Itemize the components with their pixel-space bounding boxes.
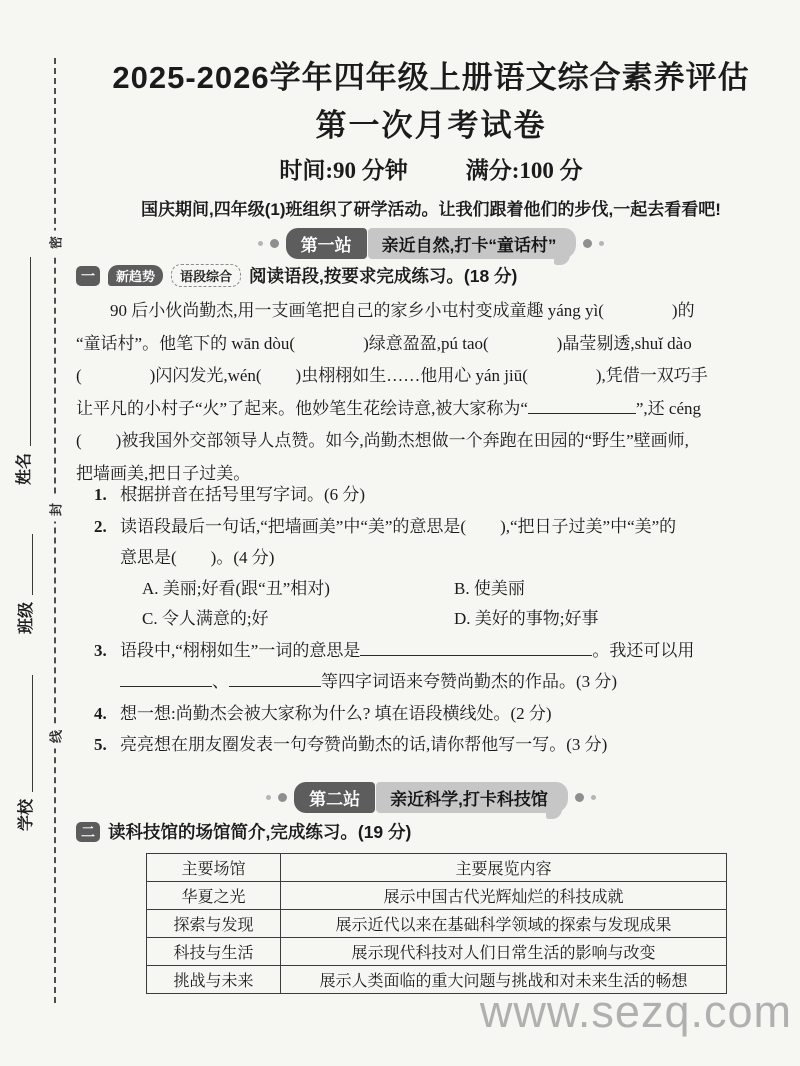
exam-subtitle: 第一次月考试卷: [70, 100, 792, 145]
question-number: 1.: [94, 479, 120, 511]
table-cell: 科技与生活: [147, 938, 281, 966]
question-4: 4. 想一想:尚勤杰会被大家称为什么? 填在语段横线处。(2 分): [94, 698, 789, 730]
table-cell: 华夏之光: [147, 882, 281, 910]
question-text: 语段中,“栩栩如生”一词的意思是: [120, 641, 360, 660]
question-text: 亮亮想在朋友圈发表一句夸赞尚勤杰的话,请你帮他写一写。(3 分): [120, 729, 607, 761]
section-1-instruction: 阅读语段,按要求完成练习。(18 分): [249, 263, 517, 288]
question-2: 2. 读语段最后一句话,“把墙画美”中“美”的意思是( ),“把日子过美”中“美…: [94, 511, 789, 543]
question-2-options: A. 美丽;好看(跟“丑”相对) B. 使美丽 C. 令人满意的;好 D. 美好…: [94, 574, 789, 635]
question-text: 根据拼音在括号里写字词。(6 分): [120, 479, 365, 511]
class-field-label: 班级: [13, 602, 36, 634]
station-2-title: 亲近科学,打卡科技馆: [376, 782, 568, 813]
decor-dot-icon: [583, 239, 592, 248]
seal-char-mi: 密: [41, 231, 70, 255]
option-a: A. 美丽;好看(跟“丑”相对): [142, 574, 454, 605]
passage-text: ”,还 céng: [636, 399, 701, 418]
school-field: 学校: [14, 675, 36, 831]
watermark-text: www.sezq.com: [396, 986, 792, 1038]
fill-in-blank: [528, 399, 636, 414]
question-text: 想一想:尚勤杰会被大家称为什么? 填在语段横线处。(2 分): [120, 698, 552, 730]
question-number: 4.: [94, 698, 120, 730]
decor-dot-icon: [591, 795, 596, 800]
passage-line: 让平凡的小村子“火”了起来。他妙笔生花绘诗意,被大家称为“”,还 céng: [76, 393, 782, 426]
class-blank-line: [32, 534, 33, 595]
exam-title: 2025-2026学年四年级上册语文综合素养评估: [70, 52, 792, 97]
question-text: 读语段最后一句话,“把墙画美”中“美”的意思是( ),“把日子过美”中“美”的: [120, 511, 676, 543]
decor-dot-icon: [599, 241, 604, 246]
name-blank-line: [30, 257, 31, 446]
decor-dot-icon: [258, 241, 263, 246]
table-header-row: 主要场馆 主要展览内容: [147, 854, 727, 882]
passage-line: 90 后小伙尚勤杰,用一支画笔把自己的家乡小屯村变成童趣 yáng yì( )的: [76, 295, 782, 328]
question-number: 3.: [94, 635, 120, 667]
fill-in-blank: [229, 672, 321, 687]
new-trend-tag: 新趋势: [108, 265, 163, 286]
fill-in-blank: [360, 641, 592, 656]
station-2-banner: 第二站 亲近科学,打卡科技馆: [70, 782, 792, 813]
table-row: 科技与生活 展示现代科技对人们日常生活的影响与改变: [147, 938, 727, 966]
section-2-number-badge: 二: [76, 822, 100, 842]
decor-dot-icon: [266, 795, 271, 800]
seal-char-feng: 封: [41, 498, 70, 522]
fill-in-blank: [120, 672, 212, 687]
class-field: 班级: [14, 534, 36, 634]
passage-line: “童话村”。他笔下的 wān dòu( )绿意盈盈,pú tao( )晶莹剔透,…: [76, 328, 782, 361]
question-list: 1. 根据拼音在括号里写字词。(6 分) 2. 读语段最后一句话,“把墙画美”中…: [94, 479, 789, 761]
question-text: 、: [212, 672, 229, 691]
decor-dot-icon: [575, 793, 584, 802]
section-1-heading: 一 新趋势 语段综合 阅读语段,按要求完成练习。(18 分): [76, 263, 517, 288]
question-2-continued: 意思是( )。(4 分): [94, 542, 789, 574]
table-header-cell: 主要场馆: [147, 854, 281, 882]
table-cell: 展示近代以来在基础科学领域的探索与发现成果: [281, 910, 727, 938]
table-cell: 挑战与未来: [147, 966, 281, 994]
station-1-banner: 第一站 亲近自然,打卡“童话村”: [70, 228, 792, 259]
question-3-continued: 、等四字词语来夸赞尚勤杰的作品。(3 分): [94, 666, 789, 698]
table-cell: 展示现代科技对人们日常生活的影响与改变: [281, 938, 727, 966]
table-cell: 展示中国古代光辉灿烂的科技成就: [281, 882, 727, 910]
passage-type-tag: 语段综合: [171, 264, 241, 287]
question-number: 5.: [94, 729, 120, 761]
decor-dot-icon: [270, 239, 279, 248]
question-3: 3. 语段中,“栩栩如生”一词的意思是。我还可以用: [94, 635, 789, 667]
seal-dashed-line: [54, 58, 56, 1003]
question-text: 等四字词语来夸赞尚勤杰的作品。(3 分): [321, 672, 617, 691]
school-blank-line: [32, 675, 33, 792]
school-field-label: 学校: [13, 799, 36, 831]
station-1-title: 亲近自然,打卡“童话村”: [368, 228, 577, 259]
question-text: 语段中,“栩栩如生”一词的意思是。我还可以用: [120, 635, 694, 667]
seal-char-xian: 线: [41, 725, 70, 749]
table-header-cell: 主要展览内容: [281, 854, 727, 882]
option-b: B. 使美丽: [454, 574, 766, 605]
time-limit: 时间:90 分钟: [279, 152, 407, 185]
table-row: 华夏之光 展示中国古代光辉灿烂的科技成就: [147, 882, 727, 910]
question-5: 5. 亮亮想在朋友圈发表一句夸赞尚勤杰的话,请你帮他写一写。(3 分): [94, 729, 789, 761]
option-d: D. 美好的事物;好事: [454, 604, 766, 635]
section-2-heading: 二 读科技馆的场馆简介,完成练习。(19 分): [76, 819, 411, 844]
exam-paper-page: { "sidebar": { "seal_chars": ["密", "封", …: [0, 0, 800, 1066]
passage-text: 让平凡的小村子“火”了起来。他妙笔生花绘诗意,被大家称为“: [76, 399, 528, 418]
exam-meta: 时间:90 分钟 满分:100 分: [70, 152, 792, 185]
name-field-label: 姓名: [11, 453, 34, 485]
full-score: 满分:100 分: [466, 152, 583, 185]
reading-passage: 90 后小伙尚勤杰,用一支画笔把自己的家乡小屯村变成童趣 yáng yì( )的…: [76, 295, 782, 493]
station-2-badge: 第二站: [294, 782, 375, 813]
passage-line: ( )被我国外交部领导人点赞。如今,尚勤杰想做一个奔跑在田园的“野生”壁画师,: [76, 425, 782, 458]
option-c: C. 令人满意的;好: [142, 604, 454, 635]
passage-line: ( )闪闪发光,wén( )虫栩栩如生……他用心 yán jiū( ),凭借一双…: [76, 360, 782, 393]
section-1-number-badge: 一: [76, 266, 100, 286]
question-number: 2.: [94, 511, 120, 543]
museum-table: 主要场馆 主要展览内容 华夏之光 展示中国古代光辉灿烂的科技成就 探索与发现 展…: [146, 853, 727, 994]
table-cell: 探索与发现: [147, 910, 281, 938]
decor-dot-icon: [278, 793, 287, 802]
name-field: 姓名: [12, 257, 34, 485]
section-2-instruction: 读科技馆的场馆简介,完成练习。(19 分): [108, 819, 411, 844]
intro-text: 国庆期间,四年级(1)班组织了研学活动。让我们跟着他们的步伐,一起去看看吧!: [70, 195, 792, 220]
station-1-badge: 第一站: [286, 228, 367, 259]
table-row: 探索与发现 展示近代以来在基础科学领域的探索与发现成果: [147, 910, 727, 938]
question-1: 1. 根据拼音在括号里写字词。(6 分): [94, 479, 789, 511]
question-text: 。我还可以用: [592, 641, 694, 660]
